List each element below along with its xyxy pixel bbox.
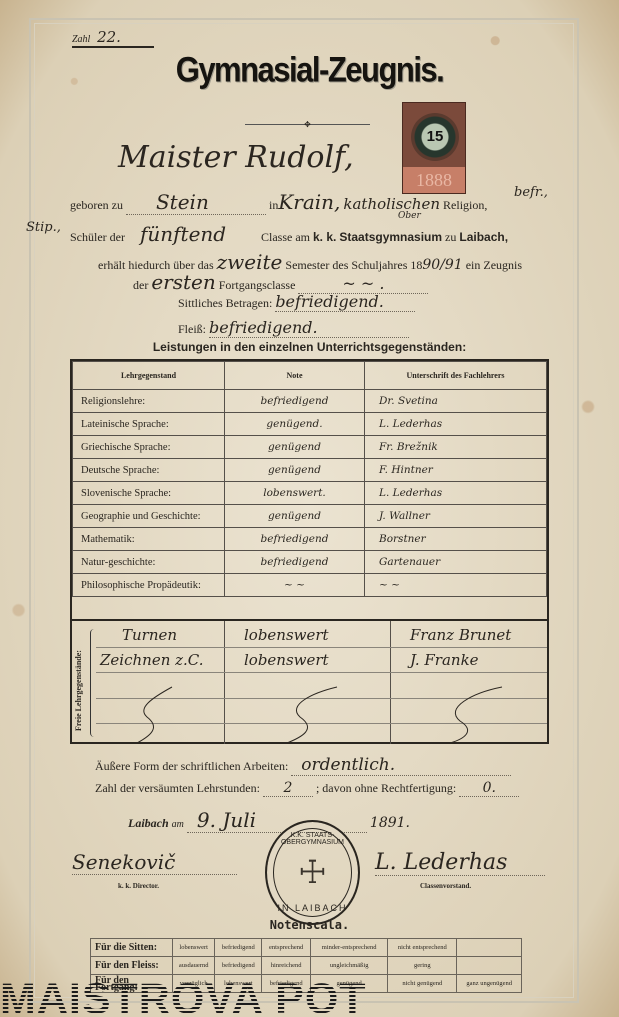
date-line: Laibach am 9. Juli 1891. xyxy=(128,808,410,833)
grade: genügend xyxy=(225,436,365,459)
born-label: geboren zu xyxy=(70,198,123,212)
unexcused-label: ; davon ohne Rechtfertigung: xyxy=(316,781,456,795)
free-teacher: Franz Brunet xyxy=(410,626,511,644)
margin-note-right: befr., xyxy=(514,185,548,200)
director-label: k. k. Director. xyxy=(118,882,159,890)
birth-line: geboren zu Stein inKrain, katholischen R… xyxy=(70,190,487,215)
scale-cell: entsprechend xyxy=(262,939,311,957)
col-note: Note xyxy=(225,362,365,390)
school-prefix: k. k. xyxy=(313,230,336,244)
form-line: Äußere Form der schriftlichen Arbeiten: … xyxy=(95,755,511,776)
student-name: Maister Rudolf, xyxy=(118,140,354,175)
col-teacher: Unterschrift des Fachlehrers xyxy=(365,362,547,390)
behavior-label: Sittliches Betragen: xyxy=(178,296,272,310)
missed-value: 2 xyxy=(263,780,313,797)
certificate-label: ein Zeugnis xyxy=(466,258,522,272)
teacher-signature: L. Lederhas xyxy=(365,413,547,436)
form-value: ordentlich. xyxy=(291,755,511,776)
classteacher-signature: L. Lederhas xyxy=(375,850,545,876)
school-name: Staatsgymnasium xyxy=(339,230,442,244)
subject: Geographie und Geschichte: xyxy=(73,505,225,528)
grade: ~ ~ xyxy=(225,574,365,597)
table-row: Lateinische Sprache:genügend.L. Lederhas xyxy=(73,413,547,436)
diligence-value: befriedigend. xyxy=(209,318,409,338)
seal-bottom-text: IN LAIBACH xyxy=(267,903,358,913)
progress-label: Fortgangsclasse xyxy=(219,278,296,292)
reference-number: Zahl 22. xyxy=(72,28,154,48)
free-grade: lobenswert xyxy=(244,626,329,644)
scale-cell xyxy=(457,957,522,975)
zahl-label: Zahl xyxy=(72,34,90,45)
scale-cell xyxy=(457,939,522,957)
grades-heading: Leistungen in den einzelnen Unterrichtsg… xyxy=(0,340,619,354)
document-title: Gymnasial-Zeugnis. xyxy=(0,49,619,90)
watermark: MAISTROVA POT xyxy=(0,975,367,1017)
scale-row-label: Für die Sitten: xyxy=(91,939,173,957)
grades-table: Lehrgegenstand Note Unterschrift des Fac… xyxy=(70,359,549,744)
stamp-value: 15 xyxy=(411,113,459,161)
table-row: Religionslehre:befriedigendDr. Svetina xyxy=(73,390,547,413)
scale-row-label: Für den Fleiss: xyxy=(91,957,173,975)
der-label: der xyxy=(133,278,148,292)
scale-cell: minder-entsprechend xyxy=(311,939,388,957)
table-row: Für die Sitten: lobenswert befriedigend … xyxy=(91,939,522,957)
religion-value: katholischen xyxy=(343,195,440,213)
scale-cell: lobenswert xyxy=(173,939,215,957)
am-label: am xyxy=(172,819,184,830)
teacher-signature: J. Wallner xyxy=(365,505,547,528)
school-at: zu xyxy=(445,230,456,244)
grade: befriedigend xyxy=(225,390,365,413)
class-label: Classe am xyxy=(261,230,310,244)
subject: Griechische Sprache: xyxy=(73,436,225,459)
behavior-line: Sittliches Betragen: befriedigend. xyxy=(178,292,415,312)
subject: Deutsche Sprache: xyxy=(73,459,225,482)
free-grade: lobenswert xyxy=(244,651,329,669)
table-row: Für den Fleiss: ausdauernd befriedigend … xyxy=(91,957,522,975)
table-row: Philosophische Propädeutik:~ ~~ ~ xyxy=(73,574,547,597)
grade: lobenswert. xyxy=(225,482,365,505)
scale-cell: nicht genügend xyxy=(388,975,457,993)
grade: genügend xyxy=(225,505,365,528)
missed-hours-line: Zahl der versäumten Lehrstunden: 2 ; dav… xyxy=(95,780,519,797)
free-subjects-section: Freie Lehrgegenstände: Turnen lobenswert… xyxy=(72,619,547,744)
seal-top-text: K.K. STAATS-OBERGYMNASIUM xyxy=(267,832,358,846)
grade: befriedigend xyxy=(225,528,365,551)
table-row: Griechische Sprache:genügendFr. Brežnik xyxy=(73,436,547,459)
free-subjects-label: Freie Lehrgegenstände: xyxy=(74,650,83,731)
table-row: Geographie und Geschichte:genügendJ. Wal… xyxy=(73,505,547,528)
teacher-signature: L. Lederhas xyxy=(365,482,547,505)
teacher-signature: F. Hintner xyxy=(365,459,547,482)
year-value: 1891. xyxy=(370,815,410,831)
school-year: 90/91 xyxy=(422,257,462,273)
progress-dash: ~ ~ . xyxy=(298,274,428,294)
subject: Natur-geschichte: xyxy=(73,551,225,574)
scale-cell: gering xyxy=(388,957,457,975)
in-label: in xyxy=(269,198,278,212)
cancel-stroke-icon xyxy=(282,683,342,745)
missed-label: Zahl der versäumten Lehrstunden: xyxy=(95,781,260,795)
subject: Lateinische Sprache: xyxy=(73,413,225,436)
form-label: Äußere Form der schriftlichen Arbeiten: xyxy=(95,759,288,773)
region: Krain, xyxy=(278,190,340,214)
progress-value: ersten xyxy=(151,270,215,294)
behavior-value: befriedigend. xyxy=(275,292,415,312)
subject: Slovenische Sprache: xyxy=(73,482,225,505)
school-insert: Ober xyxy=(398,211,421,221)
diligence-line: Fleiß: befriedigend. xyxy=(178,318,409,338)
free-subject: Turnen xyxy=(122,626,177,644)
free-teacher: J. Franke xyxy=(410,651,479,669)
eagle-emblem-icon: ☩ xyxy=(267,854,358,890)
scale-cell: befriedigend xyxy=(215,939,262,957)
subject: Mathematik: xyxy=(73,528,225,551)
grade: befriedigend xyxy=(225,551,365,574)
grade: genügend. xyxy=(225,413,365,436)
classteacher-label: Classenvorstand. xyxy=(420,882,471,890)
school-seal: K.K. STAATS-OBERGYMNASIUM ☩ IN LAIBACH xyxy=(265,820,360,925)
progress-line: der ersten Fortgangsclasse ~ ~ . xyxy=(133,270,428,294)
zahl-value: 22. xyxy=(97,28,121,46)
grade: genügend xyxy=(225,459,365,482)
teacher-signature: Borstner xyxy=(365,528,547,551)
school-city: Laibach, xyxy=(459,230,508,244)
col-subject: Lehrgegenstand xyxy=(73,362,225,390)
margin-note-left: Stip., xyxy=(26,220,61,235)
unexcused-value: 0. xyxy=(459,780,519,797)
teacher-signature: Gartenauer xyxy=(365,551,547,574)
class-value: fünftend xyxy=(128,222,258,246)
teacher-signature: ~ ~ xyxy=(365,574,547,597)
scale-cell: ausdauernd xyxy=(173,957,215,975)
table-row: Slovenische Sprache:lobenswert.L. Lederh… xyxy=(73,482,547,505)
director-signature: Senekovič xyxy=(72,850,237,875)
scale-cell: ungleichmäßig xyxy=(311,957,388,975)
scale-cell: ganz ungenügend xyxy=(457,975,522,993)
class-line: Schüler der fünftend Classe am k. k. Sta… xyxy=(70,222,508,246)
notenscala-title: Notenscala. xyxy=(0,918,619,932)
cancel-stroke-icon xyxy=(132,683,182,745)
table-row: Deutsche Sprache:genügendF. Hintner xyxy=(73,459,547,482)
scale-cell: hinreichend xyxy=(262,957,311,975)
diligence-label: Fleiß: xyxy=(178,322,206,336)
subject: Religionslehre: xyxy=(73,390,225,413)
table-row: Natur-geschichte:befriedigendGartenauer xyxy=(73,551,547,574)
subject: Philosophische Propädeutik: xyxy=(73,574,225,597)
birthplace: Stein xyxy=(126,190,266,215)
scale-cell: nicht entsprechend xyxy=(388,939,457,957)
teacher-signature: Fr. Brežnik xyxy=(365,436,547,459)
teacher-signature: Dr. Svetina xyxy=(365,390,547,413)
table-row: Mathematik:befriedigendBorstner xyxy=(73,528,547,551)
free-subject: Zeichnen z.C. xyxy=(100,651,204,669)
ornament-divider: ✥ xyxy=(245,124,370,130)
cancel-stroke-icon xyxy=(442,683,507,745)
place: Laibach xyxy=(128,816,169,830)
scale-cell: befriedigend xyxy=(215,957,262,975)
revenue-stamp: 15 1888 xyxy=(402,102,466,194)
table-header: Lehrgegenstand Note Unterschrift des Fac… xyxy=(73,362,547,390)
pupil-label: Schüler der xyxy=(70,230,125,244)
religion-label: Religion, xyxy=(443,198,487,212)
